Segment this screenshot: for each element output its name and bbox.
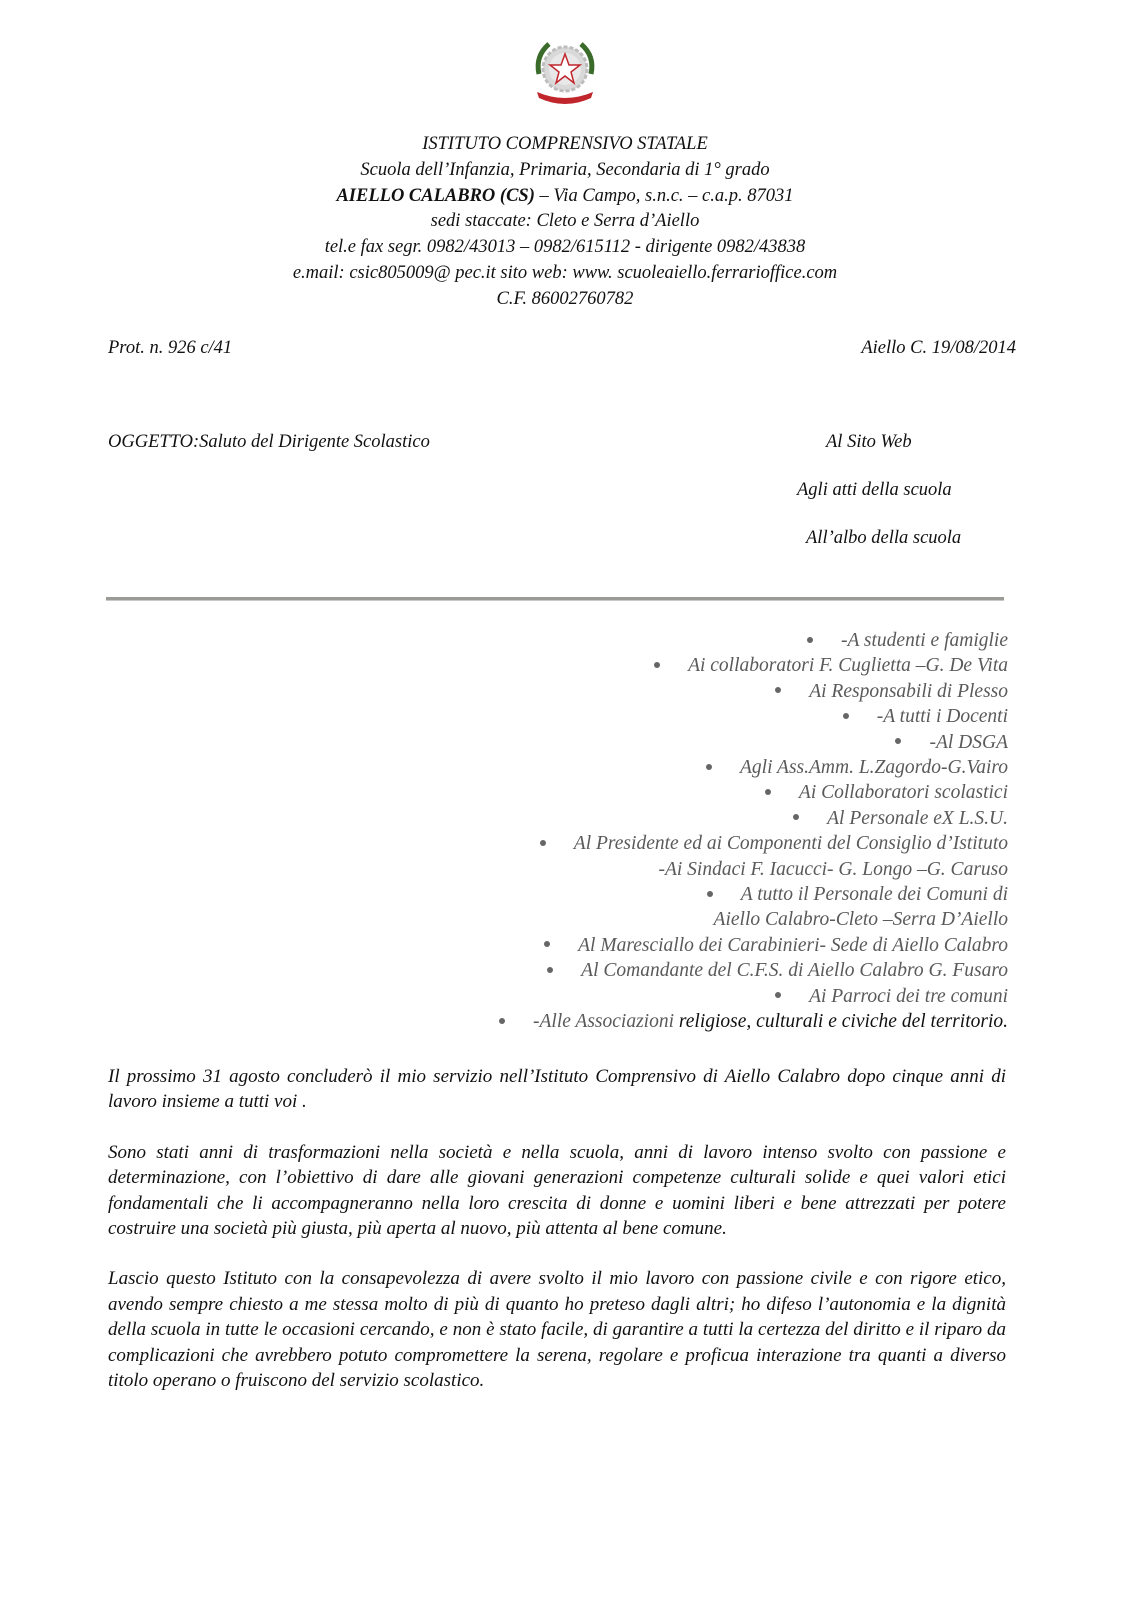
distribution-item-text: Ai Collaboratori scolastici xyxy=(799,782,1008,803)
horizontal-divider xyxy=(106,597,1004,601)
email-website: e.mail: csic805009@ pec.it sito web: www… xyxy=(0,261,1130,287)
distribution-item: Ai Collaboratori scolastici xyxy=(288,780,1008,805)
letter-body: Il prossimo 31 agosto concluderò il mio … xyxy=(108,1064,1006,1418)
school-type: ISTITUTO COMPRENSIVO STATALE xyxy=(0,132,1130,158)
distribution-item-text-emphasis: religiose, culturali e civiche del terri… xyxy=(679,1011,1008,1032)
distribution-item-text: -Ai Sindaci F. Iacucci- G. Longo –G. Car… xyxy=(658,859,1008,880)
bullet-icon xyxy=(807,637,813,643)
distribution-item-text: Aiello Calabro-Cleto –Serra D’Aiello xyxy=(714,909,1008,930)
bullet-icon xyxy=(540,840,546,846)
recipient-noticeboard: All’albo della scuola xyxy=(806,528,961,549)
distribution-item: Al Personale eX L.S.U. xyxy=(288,806,1008,831)
bullet-icon xyxy=(544,941,550,947)
distribution-list: -A studenti e famiglieAi collaboratori F… xyxy=(288,628,1008,1035)
distribution-item-text: -A studenti e famiglie xyxy=(841,630,1008,651)
distribution-item: Al Maresciallo dei Carabinieri- Sede di … xyxy=(288,933,1008,958)
branch-sites: sedi staccate: Cleto e Serra d’Aiello xyxy=(0,209,1130,235)
distribution-item: -Ai Sindaci F. Iacucci- G. Longo –G. Car… xyxy=(288,857,1008,882)
distribution-item: Agli Ass.Amm. L.Zagordo-G.Vairo xyxy=(288,755,1008,780)
distribution-item: Ai Parroci dei tre comuni xyxy=(288,984,1008,1009)
distribution-item-text: -Alle Associazioni xyxy=(533,1011,679,1032)
protocol-number: Prot. n. 926 c/41 xyxy=(108,338,232,359)
distribution-item: -A tutti i Docenti xyxy=(288,704,1008,729)
distribution-item: -Al DSGA xyxy=(288,730,1008,755)
bullet-icon xyxy=(706,764,712,770)
distribution-item-text: Ai Parroci dei tre comuni xyxy=(809,986,1008,1007)
distribution-item-text: Al Maresciallo dei Carabinieri- Sede di … xyxy=(578,935,1008,956)
distribution-item-text: Al Comandante del C.F.S. di Aiello Calab… xyxy=(581,960,1008,981)
recipient-records: Agli atti della scuola xyxy=(797,480,952,501)
repubblica-italiana-emblem-icon xyxy=(527,34,603,110)
bullet-icon xyxy=(765,789,771,795)
bullet-icon xyxy=(793,814,799,820)
distribution-item: -Alle Associazioni religiose, culturali … xyxy=(288,1009,1008,1034)
distribution-item: Al Presidente ed ai Componenti del Consi… xyxy=(288,831,1008,856)
distribution-item-text: Al Presidente ed ai Componenti del Consi… xyxy=(574,833,1008,854)
distribution-item: A tutto il Personale dei Comuni di xyxy=(288,882,1008,907)
subject-line: OGGETTO:Saluto del Dirigente Scolastico xyxy=(108,432,430,453)
distribution-item: -A studenti e famiglie xyxy=(288,628,1008,653)
bullet-icon xyxy=(654,662,660,668)
school-street: – Via Campo, s.n.c. – c.a.p. 87031 xyxy=(535,186,794,206)
place-date: Aiello C. 19/08/2014 xyxy=(861,338,1016,359)
bullet-icon xyxy=(775,992,781,998)
bullet-icon xyxy=(843,713,849,719)
distribution-item-text: Al Personale eX L.S.U. xyxy=(827,808,1008,829)
phone-numbers: tel.e fax segr. 0982/43013 – 0982/615112… xyxy=(0,235,1130,261)
distribution-item: Aiello Calabro-Cleto –Serra D’Aiello xyxy=(288,907,1008,932)
bullet-icon xyxy=(775,687,781,693)
body-paragraph: Lascio questo Istituto con la consapevol… xyxy=(108,1266,1006,1393)
distribution-item-text: Agli Ass.Amm. L.Zagordo-G.Vairo xyxy=(740,757,1008,778)
tax-code: C.F. 86002760782 xyxy=(0,287,1130,313)
bullet-icon xyxy=(895,738,901,744)
distribution-item: Ai Responsabili di Plesso xyxy=(288,679,1008,704)
distribution-item-text: Ai collaboratori F. Cuglietta –G. De Vit… xyxy=(688,655,1008,676)
school-address: AIELLO CALABRO (CS) – Via Campo, s.n.c. … xyxy=(0,184,1130,210)
body-paragraph: Il prossimo 31 agosto concluderò il mio … xyxy=(108,1064,1006,1115)
bullet-icon xyxy=(707,891,713,897)
distribution-item-text: Ai Responsabili di Plesso xyxy=(809,681,1008,702)
distribution-item: Al Comandante del C.F.S. di Aiello Calab… xyxy=(288,958,1008,983)
bullet-icon xyxy=(499,1018,505,1024)
distribution-item: Ai collaboratori F. Cuglietta –G. De Vit… xyxy=(288,653,1008,678)
school-levels: Scuola dell’Infanzia, Primaria, Secondar… xyxy=(0,158,1130,184)
distribution-item-text: -Al DSGA xyxy=(929,732,1008,753)
distribution-item-text: A tutto il Personale dei Comuni di xyxy=(741,884,1008,905)
distribution-item-text: -A tutti i Docenti xyxy=(877,706,1008,727)
bullet-icon xyxy=(547,967,553,973)
body-paragraph: Sono stati anni di trasformazioni nella … xyxy=(108,1140,1006,1242)
letterhead: ISTITUTO COMPRENSIVO STATALE Scuola dell… xyxy=(0,132,1130,313)
recipient-website: Al Sito Web xyxy=(826,432,912,453)
school-town: AIELLO CALABRO (CS) xyxy=(336,186,534,206)
